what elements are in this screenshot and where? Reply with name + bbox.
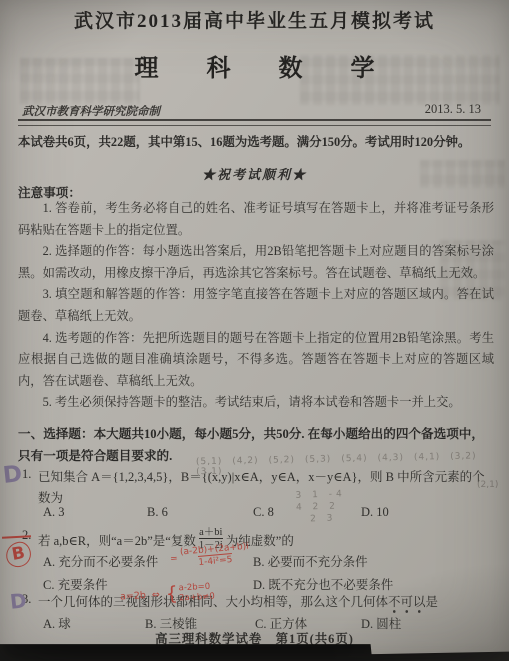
option-b: B. 必要而不充分条件 xyxy=(253,552,368,570)
issuer-line: 武汉市教育科学研究院命制 xyxy=(22,103,160,119)
fraction-numerator: a＋bi xyxy=(199,527,222,538)
subject-title: 理 科 数 学 xyxy=(0,48,509,83)
question-3-stem-tail: 是 xyxy=(426,595,439,609)
note-item-4: 4. 选考题的作答：先把所选题目的题号在答题卡上指定的位置用2B铅笔涂黑。考生应… xyxy=(18,328,494,393)
paper-intro: 本试卷共6页，共22题，其中第15、16题为选考题。满分150分。考试用时120… xyxy=(18,132,495,150)
red-equation-system: { a-2b=0 2a+b≠0 xyxy=(165,582,215,605)
option-d: D. 10 xyxy=(361,505,389,520)
note-item-3: 3. 填空题和解答题的作答：用签字笔直接答在答题卡上对应的答题区域内。答在试题卷… xyxy=(18,284,494,327)
handwritten-answer-q1: D xyxy=(2,461,24,489)
red-brace: { xyxy=(165,584,178,604)
question-2-stem-prefix: 若 a,b∈R，则“a＝2b”是“复数 xyxy=(38,531,196,549)
option-d: D. 既不充分也不必要条件 xyxy=(253,575,393,593)
note-item-2: 2. 选择题的作答：每小题选出答案后，用2B铅笔把答题卡上对应题目的答案标号涂黑… xyxy=(18,241,494,284)
question-3-emphasized-text: 不可以 xyxy=(388,595,426,614)
note-item-5: 5. 考生必须保持答题卡的整洁。考试结束后，请将本试卷和答题卡一并上交。 xyxy=(18,392,494,414)
exam-paper-scan: 武汉市2013届高中毕业生五月模拟考试 理 科 数 学 武汉市教育科学研究院命制… xyxy=(0,0,509,661)
red-condition: a=2b xyxy=(120,590,146,602)
good-luck-slogan: ★祝考试顺利★ xyxy=(0,164,509,183)
header-rule xyxy=(18,119,491,126)
handwritten-answer-q3: D xyxy=(9,588,28,614)
question-3-stem: 一个几何体的三视图形状都相同、大小均相等，那么这个几何体不可以是 xyxy=(22,592,490,613)
option-b: B. 6 xyxy=(147,505,253,520)
handwritten-pencil-pair: (2,1) xyxy=(477,480,498,490)
handwritten-pencil-numbers: 3 1 -4 4 2 2 2 3 xyxy=(295,488,346,526)
exam-title: 武汉市2013届高中毕业生五月模拟考试 xyxy=(0,6,509,33)
question-2: 2. 若 a,b∈R，则“a＝2b”是“复数 a＋bi 1－2i 为纯虚数”的 xyxy=(22,528,294,552)
red-double-arrow: ⇔ xyxy=(152,589,161,600)
exam-date: 2013. 5. 13 xyxy=(425,102,481,117)
notes-list: 1. 答卷前，考生务必将自己的姓名、准考证号填写在答题卡上，并将准考证号条形码粘… xyxy=(18,198,494,414)
question-1-number: 1. xyxy=(22,467,31,482)
note-item-1: 1. 答卷前，考生务必将自己的姓名、准考证号填写在答题卡上，并将准考证号条形码粘… xyxy=(18,198,494,241)
option-a: A. 3 xyxy=(43,505,147,520)
question-3: 3. 一个几何体的三视图形状都相同、大小均相等，那么这个几何体不可以是 xyxy=(22,592,490,613)
red-equals-sign: = xyxy=(170,554,178,565)
red-system-eq-2: 2a+b≠0 xyxy=(179,592,215,604)
question-2-options-row2: C. 充要条件 D. 既不充分也不必要条件 xyxy=(43,575,393,593)
